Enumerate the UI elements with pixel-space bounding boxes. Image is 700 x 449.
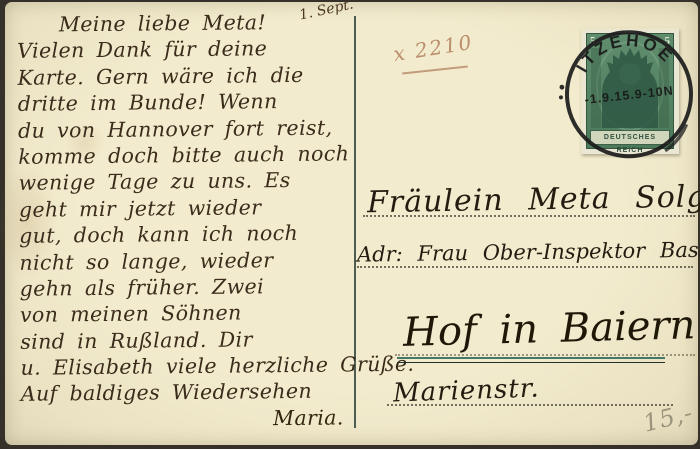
city-underline	[397, 357, 665, 363]
address-sender-note: Adr: Frau Ober-Inspektor Bassel	[357, 237, 700, 266]
message-line: von meinen Söhnen	[20, 298, 370, 328]
postmark-ink-speck	[559, 95, 563, 99]
postmark: ITZEHOE -1.9.15.9-10N	[547, 10, 700, 177]
handwritten-message: Meine liebe Meta! Vielen Dank für deine …	[17, 8, 371, 434]
address-dotted-line	[357, 266, 693, 268]
message-line: u. Elisabeth viele herzliche Grüße.	[20, 351, 370, 381]
message-line: sind in Rußland. Dir	[20, 325, 370, 355]
message-line: Karte. Gern wäre ich die	[17, 61, 367, 91]
postcard-scan: Meine liebe Meta! Vielen Dank für deine …	[5, 2, 698, 445]
message-signature: Maria.	[21, 404, 371, 434]
dealer-number-note: x 2210	[392, 30, 475, 66]
message-line: gehn als früher. Zwei	[20, 272, 370, 302]
message-line: nicht so lange, wieder	[19, 246, 369, 276]
dealer-number-underline	[402, 66, 468, 75]
message-line: Auf baldiges Wiedersehen	[21, 378, 371, 408]
message-line: komme doch bitte auch noch	[18, 140, 368, 170]
address-dotted-line	[387, 404, 673, 406]
message-line: du von Hannover fort reist,	[18, 114, 368, 144]
message-line: Vielen Dank für deine	[17, 35, 367, 65]
message-line: dritte im Bunde! Wenn	[18, 87, 368, 117]
message-line: geht mir jetzt wieder	[19, 193, 369, 223]
address-dotted-line	[395, 354, 695, 356]
postmark-ink-speck	[559, 85, 564, 90]
address-dotted-line	[363, 215, 695, 217]
message-line: gut, doch kann ich noch	[19, 219, 369, 249]
address-city: Hof in Baiern	[402, 302, 695, 356]
message-line: wenige Tage zu uns. Es	[18, 167, 368, 197]
postmark-date: -1.9.15.9-10N	[584, 84, 674, 107]
